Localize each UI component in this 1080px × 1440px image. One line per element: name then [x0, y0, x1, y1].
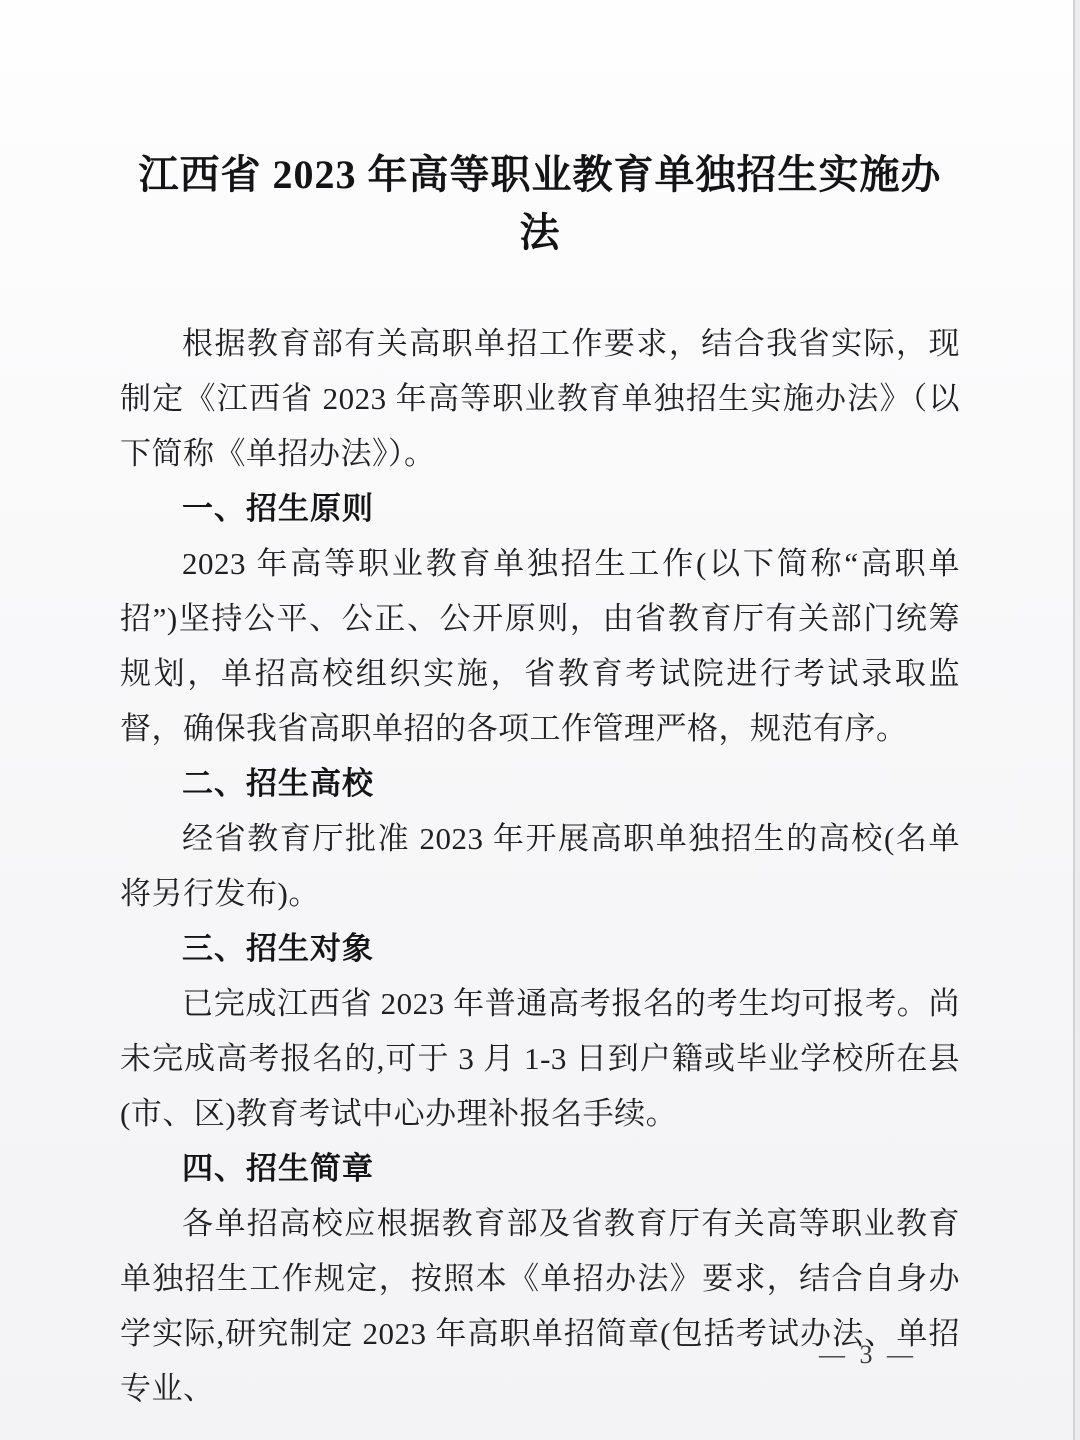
document-content: 江西省 2023 年高等职业教育单独招生实施办法 根据教育部有关高职单招工作要求…	[0, 0, 1080, 1416]
document-body: 根据教育部有关高职单招工作要求，结合我省实际，现制定《江西省 2023 年高等职…	[120, 316, 960, 1416]
body-paragraph: 经省教育厅批准 2023 年开展高职单独招生的高校(名单将另行发布)。	[120, 811, 960, 921]
page-number: — 3 —	[798, 1340, 938, 1370]
body-paragraph: 各单招高校应根据教育部及省教育厅有关高等职业教育单独招生工作规定，按照本《单招办…	[120, 1196, 960, 1416]
section-heading: 二、招生高校	[120, 756, 960, 811]
section-heading: 三、招生对象	[120, 921, 960, 976]
photo-edge-strip	[1075, 0, 1080, 1440]
body-paragraph: 已完成江西省 2023 年普通高考报名的考生均可报考。尚未完成高考报名的,可于 …	[120, 976, 960, 1141]
document-title: 江西省 2023 年高等职业教育单独招生实施办法	[120, 0, 960, 262]
document-page: 江西省 2023 年高等职业教育单独招生实施办法 根据教育部有关高职单招工作要求…	[0, 0, 1080, 1440]
page-edge-line	[1073, 0, 1075, 1440]
body-paragraph: 根据教育部有关高职单招工作要求，结合我省实际，现制定《江西省 2023 年高等职…	[120, 316, 960, 481]
section-heading: 一、招生原则	[120, 481, 960, 536]
body-paragraph: 2023 年高等职业教育单独招生工作(以下简称“高职单招”)坚持公平、公正、公开…	[120, 536, 960, 756]
section-heading: 四、招生简章	[120, 1141, 960, 1196]
